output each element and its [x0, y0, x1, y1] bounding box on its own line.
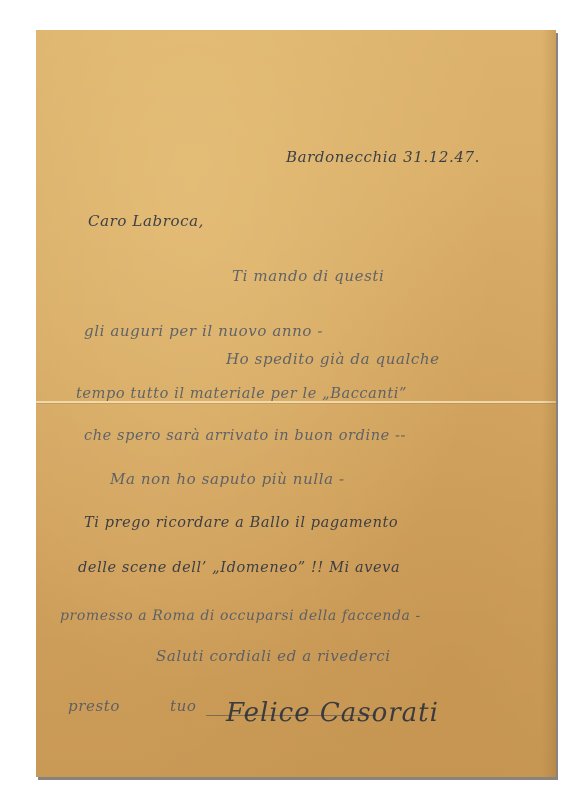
letter-line-6: Ma non ho saputo più nulla - — [110, 470, 345, 488]
closing-tuo: tuo — [170, 697, 197, 715]
letter-line-3: Ho spedito già da qualche — [226, 350, 440, 368]
letter-line-10: Saluti cordiali ed a rivederci — [156, 647, 391, 665]
letter-line-1: Ti mando di questi — [232, 267, 384, 285]
letter-paper: Bardonecchia 31.12.47. Caro Labroca, Ti … — [36, 30, 556, 777]
salutation: Caro Labroca, — [88, 212, 204, 230]
letter-line-2: gli auguri per il nuovo anno - — [84, 322, 323, 340]
letter-line-7: Ti prego ricordare a Ballo il pagamento — [84, 515, 398, 531]
place-date: Bardonecchia 31.12.47. — [286, 148, 480, 166]
letter-line-9: promesso a Roma di occuparsi della facce… — [60, 608, 421, 624]
letter-line-8: delle scene dell’ „Idomeneo” !! Mi aveva — [78, 560, 400, 576]
letter-line-5: che spero sarà arrivato in buon ordine -… — [84, 428, 406, 444]
closing-presto: presto — [68, 697, 120, 715]
signature: Felice Casorati — [226, 698, 439, 728]
letter-line-4: tempo tutto il materiale per le „Baccant… — [76, 386, 407, 402]
